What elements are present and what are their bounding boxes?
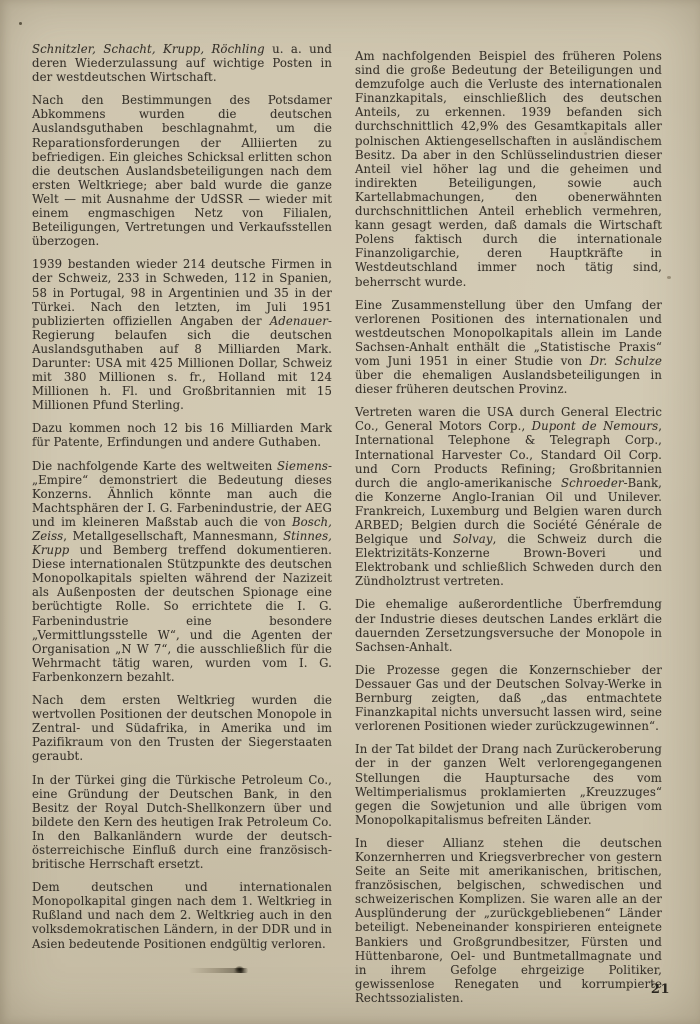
paragraph-left-2: Nach den Bestimmungen des Potsdamer Abko… <box>32 93 332 248</box>
paragraph-left-3: 1939 bestanden wieder 214 deutsche Firme… <box>32 257 332 412</box>
text-run: In der Tat bildet der Drang nach Zurücke… <box>355 742 662 826</box>
left-column: Schnitzler, Schacht, Krupp, Röchling u. … <box>32 42 332 1014</box>
text-run: Dem deutschen und internationalen Monopo… <box>32 880 332 950</box>
text-run: Nach den Bestimmungen des Potsdamer Abko… <box>32 93 332 248</box>
paper-speck <box>243 352 245 354</box>
paper-speck <box>584 132 587 135</box>
paragraph-right-6: In der Tat bildet der Drang nach Zurücke… <box>355 742 662 827</box>
text-run: In der Türkei ging die Türkische Petrole… <box>32 773 332 872</box>
paragraph-right-3: Vertreten waren die USA durch General El… <box>355 405 662 588</box>
text-run: -Regierung belaufen sich die deutschen A… <box>32 314 332 413</box>
book-page: Schnitzler, Schacht, Krupp, Röchling u. … <box>0 0 700 1024</box>
paragraph-right-7: In dieser Allianz stehen die deutschen K… <box>355 836 662 1005</box>
text-run: Die nachfolgende Karte des weltweiten <box>32 459 277 473</box>
paragraph-left-6: Nach dem ersten Weltkrieg wurden die wer… <box>32 693 332 763</box>
italic-text-run: Schnitzler, Schacht, Krupp, Röchling <box>32 42 265 56</box>
text-run: Nach dem ersten Weltkrieg wurden die wer… <box>32 693 332 763</box>
text-run: über die ehemaligen Auslandsbeteiligunge… <box>355 368 662 396</box>
paragraph-left-7: In der Türkei ging die Türkische Petrole… <box>32 773 332 872</box>
paragraph-left-1: Schnitzler, Schacht, Krupp, Röchling u. … <box>32 42 332 84</box>
text-run: Dazu kommen noch 12 bis 16 Milliarden Ma… <box>32 421 332 449</box>
paragraph-right-5: Die Prozesse gegen die Konzernschieber d… <box>355 663 662 733</box>
paragraph-left-5: Die nachfolgende Karte des weltweiten Si… <box>32 459 332 685</box>
text-run: In dieser Allianz stehen die deutschen K… <box>355 836 662 1005</box>
paragraph-left-4: Dazu kommen noch 12 bis 16 Milliarden Ma… <box>32 421 332 449</box>
italic-text-run: Siemens <box>277 459 328 473</box>
text-columns: Schnitzler, Schacht, Krupp, Röchling u. … <box>32 42 662 1014</box>
italic-text-run: Dr. Schulze <box>590 354 662 368</box>
text-run: Die Prozesse gegen die Konzernschieber d… <box>355 663 662 733</box>
paragraph-right-1: Am nachfolgenden Beispiel des früheren P… <box>355 49 662 289</box>
paragraph-left-8: Dem deutschen und internationalen Monopo… <box>32 880 332 950</box>
paragraph-right-4: Die ehemalige außerordentliche Überfremd… <box>355 597 662 653</box>
italic-text-run: Schroeder <box>561 476 624 490</box>
text-run: , Metallgesellschaft, Mannesmann, <box>63 529 283 543</box>
paper-speck <box>431 948 433 950</box>
paper-speck <box>667 276 671 279</box>
paper-speck <box>19 22 22 25</box>
italic-text-run: Adenauer <box>270 314 328 328</box>
italic-text-run: Dupont de Nemours <box>532 419 659 433</box>
right-column: Am nachfolgenden Beispiel des früheren P… <box>355 42 662 1014</box>
paper-speck <box>138 912 140 914</box>
text-run: Am nachfolgenden Beispiel des früheren P… <box>355 49 662 289</box>
paragraph-right-2: Eine Zusammenstellung über den Umfang de… <box>355 298 662 397</box>
italic-text-run: Solvay <box>453 532 493 546</box>
text-run: und Bemberg treffend dokumentieren. Dies… <box>32 543 332 684</box>
text-run: Die ehemalige außerordentliche Überfremd… <box>355 597 662 653</box>
page-number: 21 <box>651 982 670 997</box>
ink-smudge-dot <box>235 966 244 973</box>
